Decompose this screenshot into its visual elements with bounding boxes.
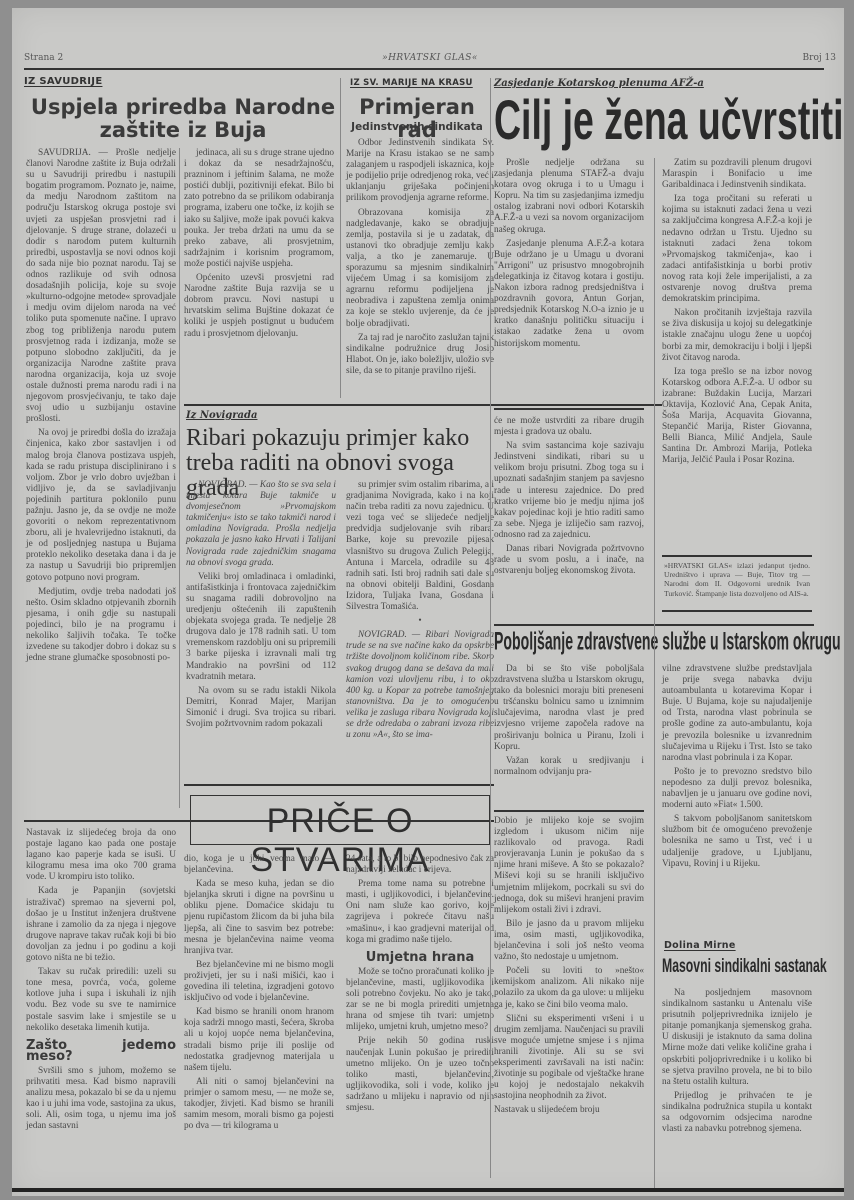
paragraph: Svršili smo s juhom, možemo se prihvatit… [26,1066,176,1133]
price-box-title: PRIČE O STVARIMA [190,795,490,845]
savudrija-column-1: SAVUDRIJA. — Prošle nedjelje članovi Nar… [26,148,176,667]
issue-number: Broj 13 [803,53,836,63]
column-divider [654,158,655,1188]
price-column-2: dio, koga je u juhi veoma malo — bjelanč… [184,854,334,1135]
paragraph: Zatim su pozdravili plenum drugovi Maras… [662,158,812,191]
paragraph: Na posljednjem masovnom sindikalnom sast… [662,988,812,1088]
paragraph: Da bi se što više poboljšala zdravstvena… [494,664,644,753]
paragraph: Prema tome nama su potrebne i masti, i u… [346,879,494,946]
masthead: Strana 2 »HRVATSKI GLAS« Broj 13 [24,51,836,67]
price-column-4: Dobio je mlijeko koje se svojim izgledom… [494,816,644,1119]
imprint-rule-top [662,555,812,557]
kicker-novigrad: Iz Novigrada [186,410,257,421]
price-rule-top [184,784,494,786]
headline-afz-wrap: Cilj je žena učvrstiti mir [494,94,812,152]
continued-note: Nastavak u slijedećem broju [494,1105,644,1116]
paragraph: Bilo je jasno da u pravom mlijeku ima, o… [494,919,644,963]
column-divider [340,78,341,398]
paragraph: Slični su eksperimenti vršeni i u drugim… [494,1014,644,1103]
paragraph: dio, koga je u juhi veoma malo — bjelanč… [184,854,334,876]
kicker-savudrija: IZ SAVUDRIJE [24,76,102,87]
imprint-text: »HRVATSKI GLAS« izlazi jedanput tjedno. … [664,561,810,598]
paper-name: »HRVATSKI GLAS« [24,53,836,63]
afz-column-1: Prošle nedjelje održana su zasjedanja pl… [494,158,644,353]
novigrad-column-2: su primjer svim ostalim ribarima, a i gr… [346,480,494,744]
headline-mirne: Masovni sindikalni sastanak [662,956,770,977]
paragraph: Bez bjelančevine mi ne bismo mogli proži… [184,960,334,1004]
paragraph: Na svim sastancima koje sazivaju Jedinst… [494,441,644,541]
zdravstvo-column-1: Da bi se što više poboljšala zdravstvena… [494,664,644,781]
novigrad-column-3: će ne može ustvrditi za ribare drugih mj… [494,416,644,580]
subheadline-krasa: Jedinstvenih sindikata [342,122,492,133]
paragraph: NOVIGRAD. — Ribari Novigrada trude se na… [346,630,494,741]
paragraph: Počeli su loviti to »nešto« kemijskom an… [494,966,644,1010]
paragraph: Prijedlog je prihvaćen te je sindikalna … [662,1091,812,1135]
page-bottom-edge [12,1188,844,1192]
price-column-1: Nastavak iz slijedećeg broja da ono post… [26,828,176,1135]
subhead-umjetna-hrana: Umjetna hrana [346,952,494,963]
mirne-column: Na posljednjem masovnom sindikalnom sast… [662,988,812,1138]
masthead-rule [24,68,824,70]
krasa-column: Odbor Jedinstvenih sindikata Sv. Marije … [346,138,494,380]
paragraph: su primjer svim ostalim ribarima, a i gr… [346,480,494,613]
paragraph: Kad bismo se hranili onom hranom koja sa… [184,1007,334,1074]
paragraph: Medjutim, ovdje treba nadodati još nešto… [26,587,176,665]
paragraph: Može se točno proračunati koliko je bjel… [346,967,494,1034]
paragraph: Takav su ručak priredili: uzeli su tone … [26,967,176,1034]
paragraph: S takvom poboljšanom sanitetskom službom… [662,814,812,869]
column-divider [179,148,180,808]
paragraph: Veliki broj omladinaca i omladinki, anti… [186,572,336,683]
paragraph: Na ovom su se radu istakli Nikola Demitr… [186,686,336,730]
kicker-afz: Zasjedanje Kotarskog plenuma AFŽ-a [494,78,704,89]
paragraph: Na ovoj je priredbi došla do izražaja či… [26,428,176,583]
paragraph: SAVUDRIJA. — Prošle nedjelje članovi Nar… [26,148,176,425]
paragraph: Dobio je mlijeko koje se svojim izgledom… [494,816,644,916]
paragraph: Općenito uzevši prosvjetni rad Narodne z… [184,273,334,340]
zdravstvo-column-2: vilne zdravstvene službe predstavljala j… [662,664,812,873]
paragraph: Zasjedanje plenuma A.F.Ž-a kotara Buje o… [494,239,644,350]
paragraph: NOVIGRAD. — Kao što se sva sela i mjesta… [186,480,336,569]
headline-savudrija: Uspjela priredba Narodne zaštite iz Buja [24,96,342,141]
paragraph: Nastavak iz slijedećeg broja da ono post… [26,828,176,883]
paragraph: vilne zdravstvene službe predstavljala j… [662,664,812,764]
headline-afz: Cilj je žena učvrstiti mir [494,94,742,149]
kicker-mirne: Dolina Mirne [664,940,736,951]
column-divider [490,78,491,1178]
paragraph: Kada je Papanjin (sovjetski istraživač) … [26,886,176,964]
kicker-krasa: IZ SV. MARIJE NA KRASU [350,78,473,88]
headline-mirne-wrap: Masovni sindikalni sastanak [662,956,812,980]
novigrad-rule [184,404,662,406]
novigrad-column-1: NOVIGRAD. — Kao što se sva sela i mjesta… [186,480,336,733]
headline-krasa: Primjeran rad [342,96,492,141]
paragraph: Važan korak u sredjivanju i normalnom od… [494,756,644,778]
newspaper-page: Strana 2 »HRVATSKI GLAS« Broj 13 IZ SAVU… [12,8,844,1196]
price-column-3: 24 sata, a to bi bilo nepodnesivo čak za… [346,854,494,1117]
paragraph: Prije nekih 50 godina ruski naučenjak Lu… [346,1036,494,1114]
paragraph: 24 sata, a to bi bilo nepodnesivo čak za… [346,854,494,876]
imprint-rule-bottom [662,610,812,612]
separator-star: • [346,616,494,627]
paragraph: Pošto je to prevozno sredstvo bilo nepod… [662,767,812,811]
novigrad-col3-rule [494,408,644,410]
afz-column-2: Zatim su pozdravili plenum drugovi Maras… [662,158,812,470]
paragraph: Danas ribari Novigrada požrtvovno rade u… [494,544,644,577]
paragraph: Odbor Jedinstvenih sindikata Sv. Marije … [346,138,494,205]
paragraph: Prošle nedjelje održana su zasjedanja pl… [494,158,644,236]
paragraph: će ne može ustvrditi za ribare drugih mj… [494,416,644,438]
price-col4-rule [494,810,644,812]
headline-zdravstvo-wrap: Poboljšanje zdravstvene službe u Istarsk… [494,628,812,656]
paragraph: Nakon pročitanih izvještaja razvila se ž… [662,308,812,363]
paragraph: Obrazovana komisija za nadgledavanje, ka… [346,208,494,330]
savudrija-column-2: jedinaca, ali su s druge strane ujedno i… [184,148,334,343]
subhead-meso: Zašto jedemo meso? [26,1040,176,1062]
paragraph: Iza toga prešlo se na izbor novog Kotars… [662,367,812,467]
paragraph: jedinaca, ali su s druge strane ujedno i… [184,148,334,270]
paragraph: Kada se meso kuha, jedan se dio bjelanjk… [184,879,334,957]
paragraph: Iza toga pročitani su referati u kojima … [662,194,812,305]
paragraph: Za taj rad je naročito zaslužan tajnik s… [346,333,494,377]
paragraph: Ali niti o samoj bjelančevini na primjer… [184,1077,334,1132]
headline-zdravstvo: Poboljšanje zdravstvene službe u Istarsk… [494,628,698,655]
